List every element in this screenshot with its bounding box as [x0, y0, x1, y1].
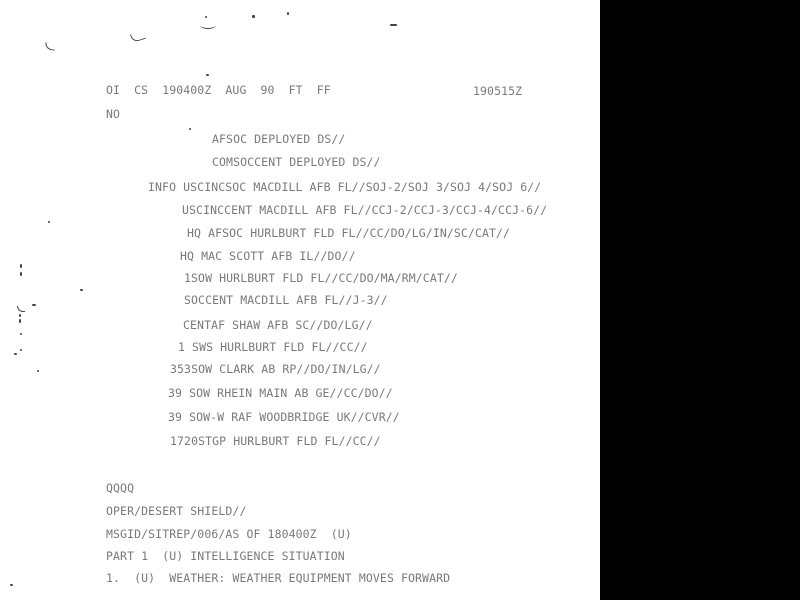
routing-line: COMSOCCENT DEPLOYED DS//	[212, 156, 381, 168]
scan-artifact	[130, 30, 146, 43]
scan-artifact	[20, 349, 22, 351]
routing-line: NO	[106, 108, 120, 120]
routing-line: 1 SWS HURLBURT FLD FL//CC//	[178, 341, 368, 353]
scan-artifact	[32, 304, 36, 306]
routing-line: INFO USCINCSOC MACDILL AFB FL//SOJ-2/SOJ…	[148, 181, 541, 193]
scan-artifact	[390, 24, 397, 26]
scan-artifact	[19, 319, 21, 323]
scan-artifact	[14, 353, 17, 355]
routing-line: HQ MAC SCOTT AFB IL//DO//	[180, 250, 356, 262]
routing-line: 39 SOW-W RAF WOODBRIDGE UK//CVR//	[168, 411, 400, 423]
scan-artifact	[45, 42, 56, 50]
scan-artifact	[206, 74, 209, 76]
routing-line: USCINCCENT MACDILL AFB FL//CCJ-2/CCJ-3/C…	[182, 204, 547, 216]
scan-edge-black-region	[600, 0, 800, 600]
scan-artifact	[10, 584, 13, 586]
scan-artifact	[80, 289, 83, 291]
scan-artifact	[48, 221, 50, 223]
body-line: MSGID/SITREP/006/AS OF 180400Z (U)	[106, 528, 352, 540]
routing-line: 353SOW CLARK AB RP//DO/IN/LG//	[170, 363, 381, 375]
body-line: PART 1 (U) INTELLIGENCE SITUATION	[106, 550, 345, 562]
scan-artifact	[205, 16, 207, 18]
body-line: OPER/DESERT SHIELD//	[106, 505, 246, 517]
received-timestamp: 190515Z	[473, 85, 522, 97]
body-line: 1. (U) WEATHER: WEATHER EQUIPMENT MOVES …	[106, 572, 450, 584]
scan-artifact	[17, 306, 25, 312]
routing-line: 1SOW HURLBURT FLD FL//CC/DO/MA/RM/CAT//	[184, 272, 458, 284]
scan-artifact	[19, 314, 21, 317]
body-line: QQQQ	[106, 482, 134, 494]
message-header-line: OI CS 190400Z AUG 90 FT FF	[106, 84, 331, 96]
scan-artifact	[287, 12, 289, 15]
scan-artifact	[20, 333, 22, 335]
scan-artifact	[20, 272, 22, 276]
routing-line: AFSOC DEPLOYED DS//	[212, 133, 345, 145]
scan-artifact	[189, 128, 191, 130]
routing-line: SOCCENT MACDILL AFB FL//J-3//	[184, 294, 388, 306]
scan-artifact	[200, 22, 216, 29]
routing-line: CENTAF SHAW AFB SC//DO/LG//	[183, 319, 373, 331]
routing-line: 39 SOW RHEIN MAIN AB GE//CC/DO//	[168, 387, 393, 399]
scan-artifact	[37, 370, 39, 372]
routing-line: 1720STGP HURLBURT FLD FL//CC//	[170, 435, 381, 447]
scan-artifact	[252, 15, 255, 18]
document-page: OI CS 190400Z AUG 90 FT FF 190515Z NO AF…	[0, 0, 800, 600]
scan-artifact	[20, 264, 22, 268]
routing-line: HQ AFSOC HURLBURT FLD FL//CC/DO/LG/IN/SC…	[187, 227, 510, 239]
